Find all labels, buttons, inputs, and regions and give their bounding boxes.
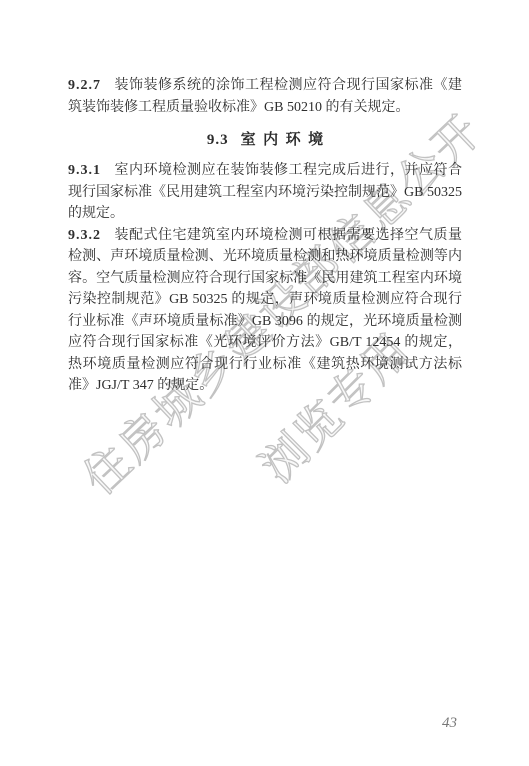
clause-9-2-7: 9.2.7装饰装修系统的涂饰工程检测应符合现行国家标准《建筑装饰装修工程质量验收…: [68, 75, 462, 118]
section-number: 9.3: [207, 132, 229, 148]
document-page: 住房城乡建设部信息公开 浏览专用 9.2.7装饰装修系统的涂饰工程检测应符合现行…: [0, 0, 529, 766]
clause-number: 9.3.2: [68, 228, 101, 243]
clause-text: 装饰装修系统的涂饰工程检测应符合现行国家标准《建筑装饰装修工程质量验收标准》GB…: [68, 78, 462, 115]
section-title: 室内环境: [241, 132, 331, 148]
clause-9-3-1: 9.3.1室内环境检测应在装饰装修工程完成后进行，并应符合现行国家标准《民用建筑…: [68, 160, 462, 225]
clause-number: 9.3.1: [68, 163, 101, 178]
section-heading-9-3: 9.3室内环境: [68, 129, 462, 151]
clause-text: 室内环境检测应在装饰装修工程完成后进行，并应符合现行国家标准《民用建筑工程室内环…: [68, 163, 462, 221]
clause-9-3-2: 9.3.2装配式住宅建筑室内环境检测可根据需要选择空气质量检测、声环境质量检测、…: [68, 225, 462, 397]
page-content: 9.2.7装饰装修系统的涂饰工程检测应符合现行国家标准《建筑装饰装修工程质量验收…: [68, 75, 462, 397]
clause-number: 9.2.7: [68, 78, 101, 93]
clause-text: 装配式住宅建筑室内环境检测可根据需要选择空气质量检测、声环境质量检测、光环境质量…: [68, 228, 462, 394]
page-number: 43: [442, 715, 457, 732]
